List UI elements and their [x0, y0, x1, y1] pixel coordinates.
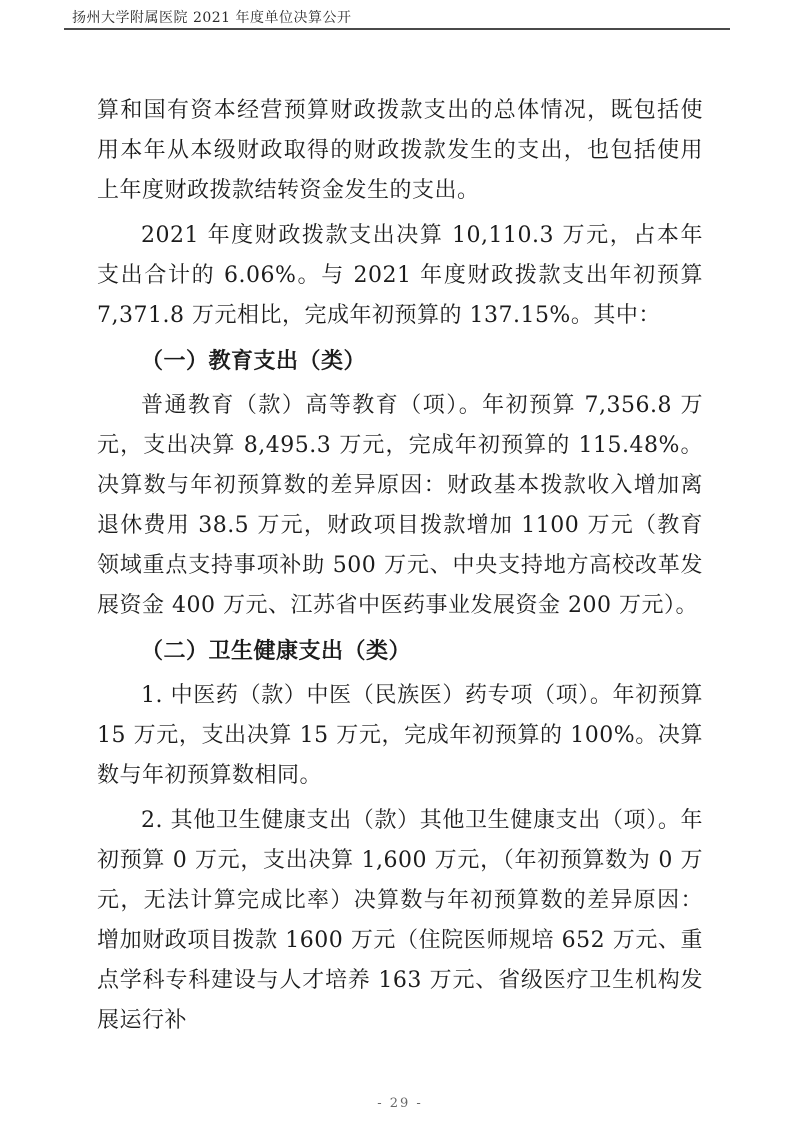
page-number: - 29 - — [377, 1096, 423, 1111]
document-page: 扬州大学附属医院 2021 年度单位决算公开 算和国有资本经营预算财政拨款支出的… — [0, 0, 800, 1131]
paragraph-other-health-expenditure: 2. 其他卫生健康支出（款）其他卫生健康支出（项）。年初预算 0 万元，支出决算… — [97, 801, 703, 1041]
document-body: 算和国有资本经营预算财政拨款支出的总体情况，既包括使用本年从本级财政取得的财政拨… — [97, 91, 703, 1046]
page-header: 扬州大学附属医院 2021 年度单位决算公开 — [64, 10, 730, 30]
page-footer: - 29 - — [0, 1092, 800, 1111]
heading-education-expenditure: （一）教育支出（类） — [97, 341, 703, 381]
paragraph-fiscal-appropriation-summary: 2021 年度财政拨款支出决算 10,110.3 万元，占本年支出合计的 6.0… — [97, 216, 703, 336]
heading-health-expenditure: （二）卫生健康支出（类） — [97, 631, 703, 671]
paragraph-continuation: 算和国有资本经营预算财政拨款支出的总体情况，既包括使用本年从本级财政取得的财政拨… — [97, 91, 703, 211]
paragraph-education-expenditure-detail: 普通教育（款）高等教育（项）。年初预算 7,356.8 万元，支出决算 8,49… — [97, 386, 703, 626]
paragraph-tcm-project: 1. 中医药（款）中医（民族医）药专项（项）。年初预算 15 万元，支出决算 1… — [97, 676, 703, 796]
header-title: 扬州大学附属医院 2021 年度单位决算公开 — [64, 10, 730, 26]
